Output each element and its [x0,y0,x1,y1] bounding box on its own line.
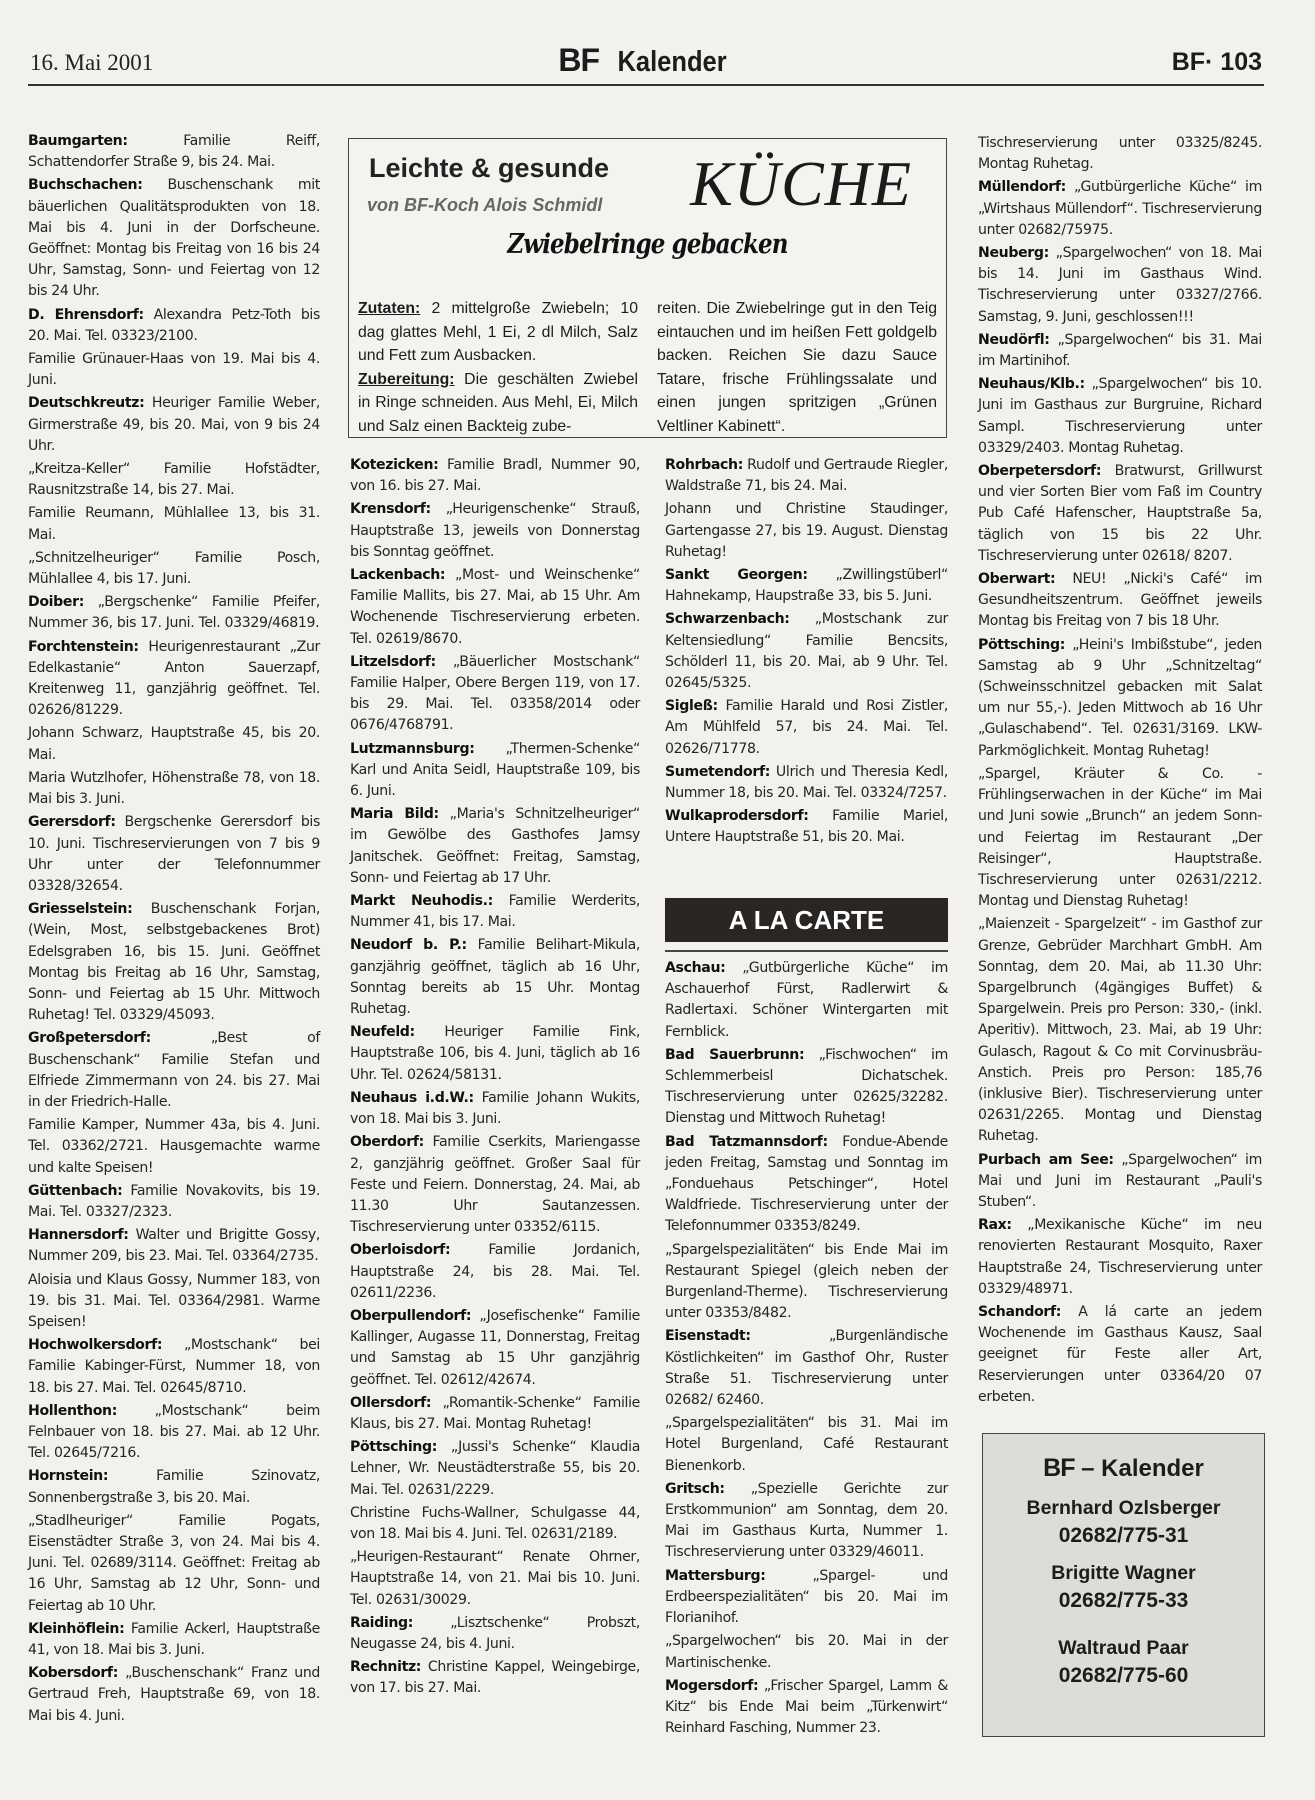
listing-entry: Neuhaus i.d.W.: Familie Johann Wukits, v… [350,1088,640,1130]
listing-entry: Eisenstadt: „Burgenländische Köstlichkei… [665,1326,948,1411]
place-name: Schandorf: [978,1304,1061,1320]
entry-text: „Spargelspezialitäten“ bis 31. Mai im Ho… [665,1415,948,1473]
listing-entry: Forchtenstein: Heurigenrestaurant „Zur E… [28,637,320,722]
listing-entry: Deutschkreutz: Heuriger Familie Weber, G… [28,393,320,457]
recipe-dish-name: Zwiebelringe gebacken [394,229,901,260]
entry-text: Tischreservierung unter 03325/8245. Mont… [978,135,1262,172]
entry-text: „Mexikanische Küche“ im neu renovierten … [978,1217,1262,1297]
listing-entry: Maria Bild: „Maria's Schnitzelheuriger“ … [350,804,640,889]
place-name: Rechnitz: [350,1659,421,1675]
recipe-title: Leichte & gesunde [369,153,609,184]
place-name: Neudörfl: [978,332,1050,348]
listing-entry: Krensdorf: „Heurigenschenke“ Strauß, Hau… [350,499,640,563]
preparation-label: Zubereitung: [358,371,455,388]
section-name: Kalender [617,46,726,79]
a-la-carte-heading: A LA CARTE [665,898,948,942]
place-name: Hornstein: [28,1468,108,1484]
entry-text: Buschenschank Forjan, (Wein, Most, selbs… [28,901,320,1023]
place-name: Litzelsdorf: [350,654,436,670]
listing-entry: Sigleß: Familie Harald und Rosi Zistler,… [665,696,948,760]
listing-entry: Johann und Christine Staudinger, Garteng… [665,499,948,563]
place-name: Kotezicken: [350,457,438,473]
place-name: Baumgarten: [28,133,128,149]
place-name: Oberwart: [978,571,1055,587]
listing-entry: Markt Neuhodis.: Familie Werderits, Numm… [350,891,640,933]
place-name: Bad Tatzmannsdorf: [665,1134,828,1150]
entry-text: Familie Reumann, Mühlallee 13, bis 31. M… [28,505,320,542]
listing-entry: Familie Kamper, Nummer 43a, bis 4. Juni.… [28,1115,320,1179]
listing-entry: Bad Sauerbrunn: „Fischwochen“ im Schlemm… [665,1045,948,1130]
place-name: Rohrbach: [665,457,743,473]
entry-text: Buschenschank mit bäuerlichen Qualitätsp… [28,177,320,299]
listing-entry: Mattersburg: „Spargel- und Erdbeerspezia… [665,1566,948,1630]
listing-entry: Oberdorf: Familie Cserkits, Mariengasse … [350,1132,640,1238]
contact-phone: 02682/775-60 [983,1664,1264,1688]
place-name: Markt Neuhodis.: [350,893,493,909]
recipe-brand-word: KÜCHE [690,147,912,221]
place-name: Pöttsching: [978,637,1065,653]
entry-text: „Spargelwochen“ bis 20. Mai in der Marti… [665,1633,948,1670]
place-name: Oberdorf: [350,1134,424,1150]
listing-entry: „Heurigen-Restaurant“ Renate Ohrner, Hau… [350,1547,640,1611]
place-name: Oberpullendorf: [350,1308,471,1324]
listing-entry: Familie Grünauer-Haas von 19. Mai bis 4.… [28,349,320,391]
place-name: Sumetendorf: [665,764,770,780]
place-name: Krensdorf: [350,501,431,517]
place-name: Bad Sauerbrunn: [665,1047,804,1063]
listing-entry: Sumetendorf: Ulrich und Theresia Kedl, N… [665,762,948,804]
listing-column-3: Rohrbach: Rudolf und Gertraude Riegler, … [665,455,948,851]
listing-entry: Rechnitz: Christine Kappel, Weingebirge,… [350,1657,640,1699]
entry-text: „Stadlheuriger“ Familie Pogats, Eisenstä… [28,1513,320,1614]
place-name: Hochwolkersdorf: [28,1337,162,1353]
place-name: Lutzmannsburg: [350,741,475,757]
listing-entry: „Spargelspezialitäten“ bis 31. Mai im Ho… [665,1413,948,1477]
place-name: Aschau: [665,960,725,976]
place-name: Eisenstadt: [665,1328,751,1344]
place-name: Gritsch: [665,1481,725,1497]
place-name: Pöttsching: [350,1439,437,1455]
listing-entry: Schwarzenbach: „Mostschank zur Keltensie… [665,609,948,694]
listing-entry: Aloisia und Klaus Gossy, Nummer 183, von… [28,1270,320,1334]
listing-entry: Bad Tatzmannsdorf: Fondue-Abende jeden F… [665,1132,948,1238]
listing-entry: Johann Schwarz, Hauptstraße 45, bis 20. … [28,723,320,765]
listing-entry: Pöttsching: „Jussi's Schenke“ Klaudia Le… [350,1437,640,1501]
listing-entry: Christine Fuchs-Wallner, Schulgasse 44, … [350,1503,640,1545]
contact-phone: 02682/775-31 [983,1524,1264,1548]
place-name: Lackenbach: [350,567,445,583]
place-name: Mogersdorf: [665,1678,758,1694]
place-name: Kobersdorf: [28,1665,118,1681]
place-name: Großpetersdorf: [28,1030,151,1046]
listing-entry: Neudörfl: „Spargelwochen“ bis 31. Mai im… [978,330,1262,372]
entry-text: Familie Kamper, Nummer 43a, bis 4. Juni.… [28,1117,320,1175]
entry-text: Maria Wutzlhofer, Höhenstraße 78, von 18… [28,770,320,807]
place-name: Forchtenstein: [28,639,139,655]
contact-name: Bernhard Ozlsberger [983,1497,1264,1520]
place-name: Raiding: [350,1615,413,1631]
listing-entry: Rax: „Mexikanische Küche“ im neu renovie… [978,1215,1262,1300]
place-name: Hannersdorf: [28,1227,129,1243]
listing-entry: Müllendorf: „Gutbürgerliche Küche“ im „W… [978,177,1262,241]
listing-entry: Lackenbach: „Most- und Weinschenke“ Fami… [350,565,640,650]
entry-text: „Schnitzelheuriger“ Familie Posch, Mühla… [28,550,320,587]
listing-entry: Raiding: „Lisztschenke“ Probszt, Neugass… [350,1613,640,1655]
entry-text: Christine Fuchs-Wallner, Schulgasse 44, … [350,1505,640,1542]
listing-entry: Ollersdorf: „Romantik-Schenke“ Familie K… [350,1393,640,1435]
listing-entry: Oberpullendorf: „Josefischenke“ Familie … [350,1306,640,1391]
listing-entry: Neudorf b. P.: Familie Belihart-Mikula, … [350,935,640,1020]
place-name: Wulkaprodersdorf: [665,808,809,824]
listing-entry: Güttenbach: Familie Novakovits, bis 19. … [28,1181,320,1223]
place-name: Oberloisdorf: [350,1242,450,1258]
place-name: Griesselstein: [28,901,132,917]
listing-entry: Familie Reumann, Mühlallee 13, bis 31. M… [28,503,320,545]
contact-name: Waltraud Paar [983,1637,1264,1660]
a-la-carte-list: Aschau: „Gutbürgerliche Küche“ im Aschau… [665,958,948,1741]
listing-entry: Oberwart: NEU! „Nicki's Café“ im Gesundh… [978,569,1262,633]
listing-entry: Purbach am See: „Spargelwochen“ im Mai u… [978,1150,1262,1214]
entry-text: „Maienzeit - Spargelzeit“ - im Gasthof z… [978,916,1262,1144]
entry-text: „Spargel, Kräuter & Co. - Frühlingserwac… [978,766,1262,909]
place-name: Schwarzenbach: [665,611,790,627]
listing-entry: „Spargelwochen“ bis 20. Mai in der Marti… [665,1631,948,1673]
listing-entry: „Maienzeit - Spargelzeit“ - im Gasthof z… [978,914,1262,1147]
place-name: Neuberg: [978,245,1049,261]
brand-logo: BF [1043,1454,1074,1482]
place-name: Kleinhöflein: [28,1621,124,1637]
contact-phone: 02682/775-33 [983,1589,1264,1613]
contact-box: BF – Kalender Bernhard Ozlsberger 02682/… [982,1433,1265,1737]
listing-entry: Kotezicken: Familie Bradl, Nummer 90, vo… [350,455,640,497]
listing-entry: Doiber: „Bergschenke“ Familie Pfeifer, N… [28,592,320,634]
listing-entry: Kobersdorf: „Buschenschank“ Franz und Ge… [28,1663,320,1727]
listing-entry: „Stadlheuriger“ Familie Pogats, Eisenstä… [28,1511,320,1617]
entry-text: Aloisia und Klaus Gossy, Nummer 183, von… [28,1272,320,1330]
listing-entry: Neuhaus/Klb.: „Spargelwochen“ bis 10. Ju… [978,374,1262,459]
entry-text: Familie Grünauer-Haas von 19. Mai bis 4.… [28,351,320,388]
listing-entry: „Spargelspezialitäten“ bis Ende Mai im R… [665,1240,948,1325]
contact-name: Brigitte Wagner [983,1562,1264,1585]
place-name: Buchschachen: [28,177,143,193]
place-name: Deutschkreutz: [28,395,144,411]
place-name: Neuhaus i.d.W.: [350,1090,474,1106]
listing-column-2: Kotezicken: Familie Bradl, Nummer 90, vo… [350,455,640,1702]
listing-entry: Hornstein: Familie Szinovatz, Sonnenberg… [28,1466,320,1508]
place-name: Hollenthon: [28,1403,117,1419]
place-name: Doiber: [28,594,84,610]
listing-entry: Neuberg: „Spargelwochen“ von 18. Mai bis… [978,243,1262,328]
place-name: Neufeld: [350,1024,415,1040]
listing-entry: Maria Wutzlhofer, Höhenstraße 78, von 18… [28,768,320,810]
listing-entry: Oberloisdorf: Familie Jordanich, Hauptst… [350,1240,640,1304]
brand-logo: BF [558,42,599,78]
listing-entry: Pöttsching: „Heini's Imbißstube“, jeden … [978,635,1262,762]
place-name: Ollersdorf: [350,1395,431,1411]
listing-entry: Wulkaprodersdorf: Familie Mariel, Untere… [665,806,948,848]
entry-text: „Kreitza-Keller“ Familie Hofstädter, Rau… [28,461,320,498]
listing-entry: Baumgarten: Familie Reiff, Schattendorfe… [28,131,320,173]
recipe-box: Leichte & gesunde von BF-Koch Alois Schm… [348,138,947,438]
listing-entry: Gritsch: „Spezielle Gerichte zur Erstkom… [665,1479,948,1564]
listing-entry: Gerersdorf: Bergschenke Gerersdorf bis 1… [28,812,320,897]
recipe-text-left: Zutaten: 2 mittelgroße Zwiebeln; 10 dag … [358,297,638,438]
listing-column-4: Tischreservierung unter 03325/8245. Mont… [978,133,1262,1410]
place-name: Rax: [978,1217,1012,1233]
listing-entry: Aschau: „Gutbürgerliche Küche“ im Aschau… [665,958,948,1043]
ingredients-label: Zutaten: [358,300,420,317]
divider [665,950,948,952]
place-name: Mattersburg: [665,1568,766,1584]
listing-entry: Lutzmannsburg: „Thermen-Schenke“ Karl un… [350,739,640,803]
place-name: Neudorf b. P.: [350,937,467,953]
entry-text: „Spargelspezialitäten“ bis Ende Mai im R… [665,1242,948,1322]
recipe-author: von BF-Koch Alois Schmidl [367,195,602,216]
listing-entry: Mogersdorf: „Frischer Spargel, Lamm & Ki… [665,1676,948,1740]
entry-text: Johann Schwarz, Hauptstraße 45, bis 20. … [28,725,320,762]
recipe-text-right: reiten. Die Zwiebelringe gut in den Teig… [657,297,937,438]
listing-entry: Hannersdorf: Walter und Brigitte Gossy, … [28,1225,320,1267]
listing-entry: Hochwolkersdorf: „Mostschank“ bei Famili… [28,1335,320,1399]
listing-entry: „Schnitzelheuriger“ Familie Posch, Mühla… [28,548,320,590]
entry-text: „Heurigen-Restaurant“ Renate Ohrner, Hau… [350,1549,640,1607]
section-title: BF Kalender [28,42,1264,79]
listing-entry: D. Ehrensdorf: Alexandra Petz-Toth bis 2… [28,305,320,347]
listing-entry: Schandorf: A lá carte an jedem Wochenend… [978,1302,1262,1408]
entry-text: „Heini's Imbißstube“, jeden Samstag ab 9… [978,637,1262,759]
listing-entry: Kleinhöflein: Familie Ackerl, Hauptstraß… [28,1619,320,1661]
listing-entry: Hollenthon: „Mostschank“ beim Felnbauer … [28,1401,320,1465]
listing-column-1: Baumgarten: Familie Reiff, Schattendorfe… [28,131,320,1729]
listing-entry: „Kreitza-Keller“ Familie Hofstädter, Rau… [28,459,320,501]
entry-text: Johann und Christine Staudinger, Garteng… [665,501,948,559]
listing-entry: Oberpetersdorf: Bratwurst, Grillwurst un… [978,461,1262,567]
place-name: Oberpetersdorf: [978,463,1101,479]
place-name: Müllendorf: [978,179,1066,195]
listing-entry: Sankt Georgen: „Zwillingstüberl“ Hahneka… [665,565,948,607]
listing-entry: Griesselstein: Buschenschank Forjan, (We… [28,899,320,1026]
place-name: Sigleß: [665,698,718,714]
listing-entry: Neufeld: Heuriger Familie Fink, Hauptstr… [350,1022,640,1086]
page-header: 16. Mai 2001 BF Kalender BF· 103 [28,38,1264,86]
place-name: Maria Bild: [350,806,439,822]
listing-entry: Großpetersdorf: „Best of Buschenschank“ … [28,1028,320,1113]
place-name: Neuhaus/Klb.: [978,376,1085,392]
place-name: Purbach am See: [978,1152,1114,1168]
page-number: BF· 103 [1172,48,1262,77]
listing-entry: Litzelsdorf: „Bäuerlicher Mostschank“ Fa… [350,652,640,737]
listing-entry: Buchschachen: Buschenschank mit bäuerlic… [28,175,320,302]
place-name: D. Ehrensdorf: [28,307,144,323]
place-name: Gerersdorf: [28,814,116,830]
listing-entry: Rohrbach: Rudolf und Gertraude Riegler, … [665,455,948,497]
listing-entry: „Spargel, Kräuter & Co. - Frühlingserwac… [978,764,1262,912]
contact-title: BF – Kalender [983,1454,1264,1483]
place-name: Sankt Georgen: [665,567,808,583]
place-name: Güttenbach: [28,1183,122,1199]
listing-entry: Tischreservierung unter 03325/8245. Mont… [978,133,1262,175]
